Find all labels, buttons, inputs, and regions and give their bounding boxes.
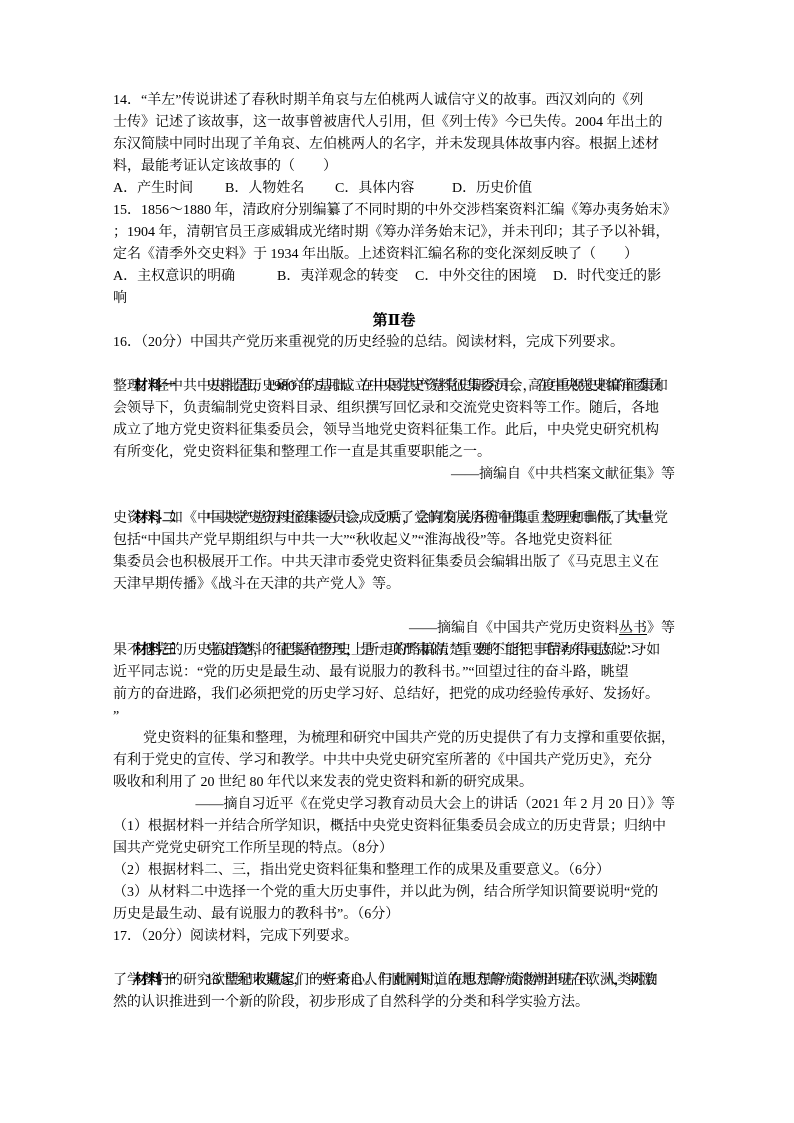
q16-material3-p1-line-4: 前方的奋进路，我们必须把党的历史学习好、总结好，把党的成功经验传承好、发扬好。 [113,684,675,706]
q16-material2-line-2: 史资料，如《中国共产党历史资料丛书》，反映了党的发展历程中的重大历史事件，其中 [113,508,675,530]
q16-material1-line-4: 成立了地方党史资料征集委员会，领导当地党史资料征集工作。此后，中央党史研究机构 [113,420,675,442]
q17-material1-line-2: 了学者们的研究欲望和收藏家们的好奇心。与此同时，在思想解放浪潮冲击下，人类对自 [113,970,675,992]
q15-options-row: A．主权意识的明确 B．夷洋观念的转变 C．中外交往的困境 D．时代变迁的影 [113,266,675,288]
q16-material1-line-5: 有所变化，党史资料征集和整理工作一直是其重要职能之一。 [113,442,675,464]
q15-option-c: C．中外交往的困境 [415,266,553,288]
q16-material1-first-line: 材料一史料是历史研究的基础。在中国共产党党史研究中，高度重视史料的征集和 [113,354,675,376]
q14-option-b: B．人物姓名 [225,178,335,200]
q16-material2-source-underlined: 丛书 [619,621,647,636]
q16-sub-question-3-line-2: 历史是最生动、最有说服力的教科书”。（6分） [113,904,675,926]
q15-option-d: D．时代变迁的影 [553,266,675,288]
exam-paper-page: 14．“羊左”传说讲述了春秋时期羊角哀与左伯桃两人诚信守义的故事。西汉刘向的《列… [0,0,794,1123]
q15-stem-line-2: ；1904 年，清朝官员王彦威辑成光绪时期《筹办洋务始末记》，并未刊印；其子予以… [113,222,675,244]
q16-sub-question-2: （2）根据材料二、三，指出党史资料征集和整理工作的成果及重要意义。（6分） [113,860,675,882]
q14-stem-line-2: 士传》记述了该故事，这一故事曾被唐代人引用，但《列士传》今已失传。2004 年出… [113,112,675,134]
q14-option-a: A．产生时间 [113,178,225,200]
section-2-title: 第Ⅱ卷 [113,310,675,332]
q16-material2-first-line: 材料二中央党史资料征集委员会成立后，会同有关各方征集、整理和出版了大量党 [113,486,675,508]
q14-stem-line-4: 料，最能考证认定该故事的（ ） [113,156,675,178]
q17-material1-first-line: 材料一15 世纪末期起，一些来自人们刚刚知道的地方的“奇物”出现在欧洲，刺激 [113,948,675,970]
q16-material2-line-4: 集委员会也积极展开工作。中共天津市委党史资料征集委员会编辑出版了《马克思主义在 [113,552,675,574]
q16-sub-question-1-line-2: 国共产党党史研究工作所呈现的特点。（8分） [113,838,675,860]
q15-option-b: B．夷洋观念的转变 [277,266,415,288]
q16-material3-p1-line-5: ” [113,706,675,728]
page-text-area: 14．“羊左”传说讲述了春秋时期羊角哀与左伯桃两人诚信守义的故事。西汉刘向的《列… [113,90,675,1014]
q16-material2-source: ——摘编自《中国共产党历史资料丛书》等 [113,596,675,618]
q16-material3-p1-line-2: 果不把党的历史搞清楚，不把党在历史上所走的路搞清楚，便不能把事情办得更好。”习 [113,640,675,662]
q16-material3-p2-line-2: 有利于党史的宣传、学习和教学。中共中央党史研究室所著的《中国共产党历史》，充分 [113,750,675,772]
q17-intro-line: 17．（20分）阅读材料，完成下列要求。 [113,926,675,948]
q15-option-a: A．主权意识的明确 [113,266,277,288]
q16-material3-p2-line-3: 吸收和利用了 20 世纪 80 年代以来发表的党史资料和新的研究成果。 [113,772,675,794]
q17-material1-line-3: 然的认识推进到一个新的阶段，初步形成了自然科学的分类和科学实验方法。 [113,992,675,1014]
q16-material2-source-post: 》等 [647,621,675,636]
q16-material3-p2-line-1: 党史资料的征集和整理，为梳理和研究中国共产党的历史提供了有力支撑和重要依据， [113,728,675,750]
q15-stem-line-3: 定名《清季外交史料》于 1934 年出版。上述资料汇编名称的变化深刻反映了（ ） [113,244,675,266]
q15-stem-line-1: 15．1856～1880 年，清政府分别编纂了不同时期的中外交涉档案资料汇编《筹… [113,200,675,222]
q14-stem-line-1: 14．“羊左”传说讲述了春秋时期羊角哀与左伯桃两人诚信守义的故事。西汉刘向的《列 [113,90,675,112]
q16-material2-line-3: 包括“中国共产党早期组织与中共一大”“秋收起义”“淮海战役”等。各地党史资料征 [113,530,675,552]
q16-material3-p1-line-3: 近平同志说：“党的历史是最生动、最有说服力的教科书。”“回望过往的奋斗路，眺望 [113,662,675,684]
q16-intro-line: 16．（20分）中国共产党历来重视党的历史经验的总结。阅读材料，完成下列要求。 [113,332,675,354]
q14-option-c: C．具体内容 [335,178,452,200]
q16-material2-source-pre: ——摘编自《中国共产党历史资料 [409,621,619,636]
q14-options-row: A．产生时间 B．人物姓名 C．具体内容 D．历史价值 [113,178,675,200]
q16-material1-line-2: 整理。经中共中央批准，1980 年 5 月成立中央党史资料征集委员会，在中央党史… [113,376,675,398]
q16-material2-line-5: 天津早期传播》《战斗在天津的共产党人》等。 [113,574,675,596]
q14-option-d: D．历史价值 [452,178,675,200]
q14-stem-line-3: 东汉简牍中同时出现了羊角哀、左伯桃两人的名字，并未发现具体故事内容。根据上述材 [113,134,675,156]
q16-material1-line-3: 会领导下，负责编制党史资料目录、组织撰写回忆录和交流党史资料等工作。随后，各地 [113,398,675,420]
q16-material1-source: ——摘编自《中共档案文献征集》等 [113,464,675,486]
q16-sub-question-3-line-1: （3）从材料二中选择一个党的重大历史事件，并以此为例，结合所学知识简要说明“党的 [113,882,675,904]
q16-material3-source: ——摘自习近平《在党史学习教育动员大会上的讲话（2021 年 2 月 20 日）… [113,794,675,816]
q15-option-d-overflow: 响 [113,288,675,310]
q16-sub-question-1-line-1: （1）根据材料一并结合所学知识，概括中央党史资料征集委员会成立的历史背景；归纳中 [113,816,675,838]
